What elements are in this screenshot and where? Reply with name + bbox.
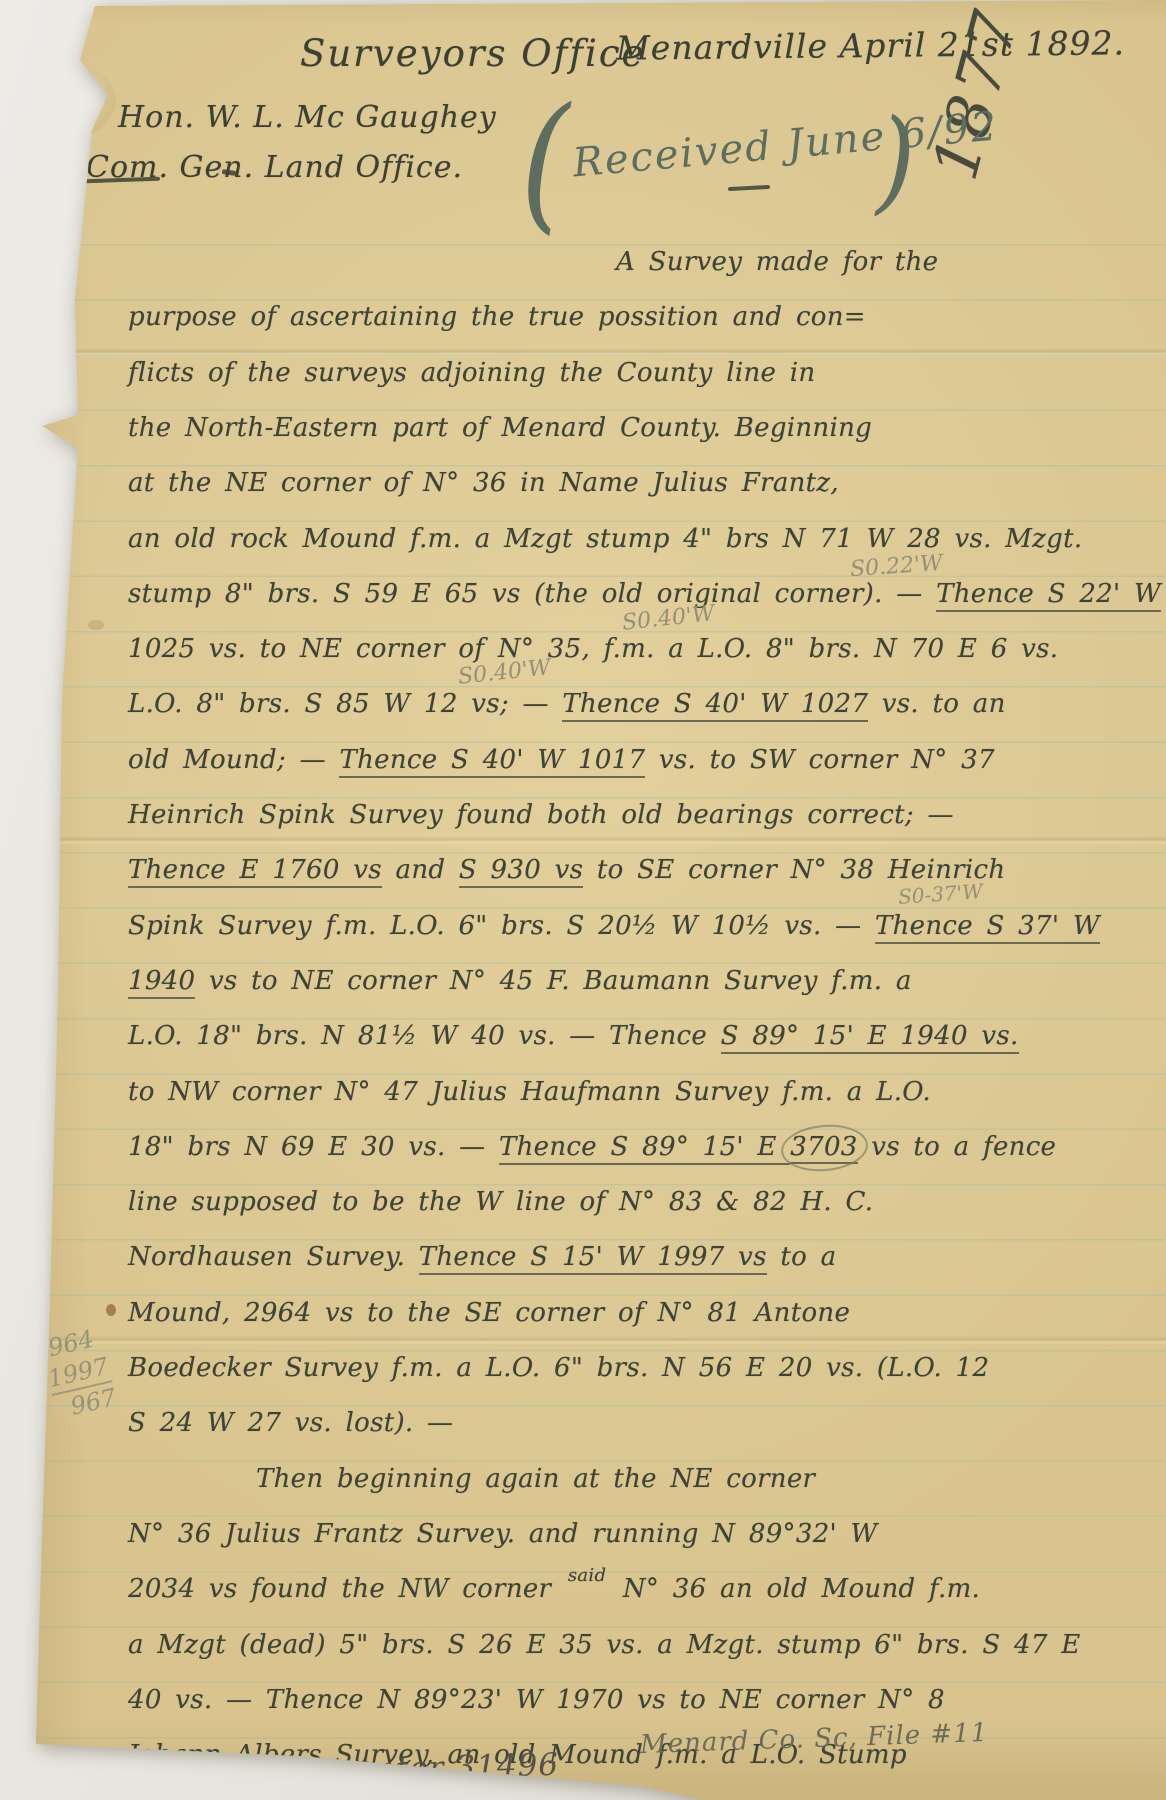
fold-crease [0, 1336, 1166, 1345]
paper-stain [106, 1304, 116, 1316]
line-segment: Heinrich Spink Survey found both old bea… [128, 800, 954, 830]
handwritten-line: 2034 vs found the NW corner said N° 36 a… [128, 1574, 980, 1604]
handwritten-line: Spink Survey f.m. L.O. 6" brs. S 20½ W 1… [128, 911, 1100, 941]
addressee-office: Com. Gen. Land Office. [86, 150, 463, 185]
handwritten-line: S 24 W 27 vs. lost). — [128, 1408, 453, 1438]
handwritten-line: N° 36 Julius Frantz Survey. and running … [128, 1519, 878, 1549]
stamp-paren-open-icon: ( [520, 76, 569, 248]
line-segment: L.O. 18" brs. N 81½ W 40 vs. — Thence [128, 1021, 721, 1051]
paper-stain [88, 620, 104, 630]
line-segment: purpose of ascertaining the true possiti… [128, 302, 866, 332]
line-segment: S 89° 15' E 1940 vs. [721, 1021, 1019, 1054]
line-segment: A Survey made for the [616, 247, 938, 277]
file-reference: Menard Co. Sc, File #11 [640, 1718, 989, 1760]
line-segment: line supposed to be the W line of N° 83 … [128, 1187, 873, 1217]
embossed-seal [42, 66, 116, 140]
line-segment: to NW corner N° 47 Julius Haufmann Surve… [128, 1077, 931, 1107]
line-segment: 40 vs. — Thence N 89°23' W 1970 vs to NE… [128, 1685, 945, 1715]
handwritten-line: Boedecker Survey f.m. a L.O. 6" brs. N 5… [128, 1353, 989, 1383]
handwritten-line: Mound, 2964 vs to the SE corner of N° 81… [128, 1298, 850, 1328]
line-segment: vs to NE corner N° 45 F. Baumann Survey … [195, 966, 911, 996]
handwritten-line: old Mound; — Thence S 40' W 1017 vs. to … [128, 745, 995, 775]
handwritten-line: stump 8" brs. S 59 E 65 vs (the old orig… [128, 579, 1161, 609]
line-segment: Nordhausen Survey. [128, 1242, 419, 1272]
line-segment: Thence S 89° 15' E [499, 1132, 790, 1165]
handwritten-line: at the NE corner of N° 36 in Name Julius… [128, 468, 839, 498]
line-segment: N° 36 an old Mound f.m. [609, 1574, 980, 1604]
handwritten-line: Heinrich Spink Survey found both old bea… [128, 800, 954, 830]
line-segment: said [568, 1565, 606, 1586]
line-segment: 2034 vs found the NW corner [128, 1574, 565, 1604]
handwritten-line: an old rock Mound f.m. a Mzgt stump 4" b… [128, 524, 1082, 554]
line-segment: 18" brs N 69 E 30 vs. — [128, 1132, 499, 1162]
line-segment: Mound, 2964 vs to the SE corner of N° 81… [128, 1298, 850, 1328]
scanned-letter-page: { "scan": { "header": { "office": "Surve… [0, 0, 1166, 1800]
line-segment: stump 8" brs. S 59 E 65 vs (the old orig… [128, 579, 936, 609]
stamp-paren-close-icon: ) [876, 96, 915, 226]
fold-crease [0, 348, 1166, 357]
handwritten-line: L.O. 18" brs. N 81½ W 40 vs. — Thence S … [128, 1021, 1019, 1051]
handwritten-line: line supposed to be the W line of N° 83 … [128, 1187, 873, 1217]
line-segment: Thence S 40' W 1017 [339, 745, 645, 778]
handwritten-line: to NW corner N° 47 Julius Haufmann Surve… [128, 1077, 931, 1107]
letter-paper: Surveyors Office Menardville April 21st … [0, 0, 1166, 1800]
handwritten-line: flicts of the surveys adjoining the Coun… [128, 358, 815, 388]
handwritten-line: Then beginning again at the NE corner [256, 1464, 815, 1494]
counter-number: counter 31496 [316, 1747, 560, 1789]
office-heading: Surveyors Office [300, 32, 645, 75]
handwritten-line: purpose of ascertaining the true possiti… [128, 302, 866, 332]
line-segment: and [382, 855, 459, 885]
line-segment: vs. to an [868, 689, 1005, 719]
line-segment: Spink Survey f.m. L.O. 6" brs. S 20½ W 1… [128, 911, 875, 941]
circled-distance: 3703 [790, 1132, 857, 1164]
handwritten-line: 1940 vs to NE corner N° 45 F. Baumann Su… [128, 966, 912, 996]
handwritten-line: the North-Eastern part of Menard County.… [128, 413, 872, 443]
line-segment: Thence E 1760 vs [128, 855, 382, 888]
line-segment: S 930 vs [459, 855, 583, 888]
line-segment: a Mzgt (dead) 5" brs. S 26 E 35 vs. a Mz… [128, 1630, 1081, 1660]
line-segment: at the NE corner of N° 36 in Name Julius… [128, 468, 839, 498]
line-segment: flicts of the surveys adjoining the Coun… [128, 358, 815, 388]
line-segment: 1940 [128, 966, 195, 999]
pencil-bearing-note: S0-37'W [897, 879, 983, 909]
line-segment: Thence S 22' W [936, 579, 1161, 612]
handwritten-line: A Survey made for the [616, 247, 938, 277]
margin-subtraction: 2964 1997 967 [17, 1322, 119, 1430]
line-segment: Thence S 37' W [875, 911, 1100, 944]
paper-shadow-wrap: Surveyors Office Menardville April 21st … [0, 0, 1166, 1800]
line-segment: L.O. 8" brs. S 85 W 12 vs; — [128, 689, 562, 719]
handwritten-line: L.O. 8" brs. S 85 W 12 vs; — Thence S 40… [128, 689, 1006, 719]
ink-smudge [728, 185, 770, 191]
handwritten-line: 1025 vs. to NE corner of N° 35, f.m. a L… [128, 634, 1058, 664]
addressee-name: Hon. W. L. Mc Gaughey [118, 100, 497, 135]
line-segment: the North-Eastern part of Menard County.… [128, 413, 872, 443]
handwritten-line: 40 vs. — Thence N 89°23' W 1970 vs to NE… [128, 1685, 945, 1715]
handwritten-line: Thence E 1760 vs and S 930 vs to SE corn… [128, 855, 1005, 885]
line-segment: Thence S 40' W 1027 [562, 689, 868, 722]
line-segment: Thence S 15' W 1997 vs [419, 1242, 767, 1275]
fold-crease [0, 836, 1166, 845]
place-date: Menardville April 21st 1892. [616, 23, 1125, 67]
line-segment: vs. to SW corner N° 37 [645, 745, 994, 775]
line-segment: 1025 vs. to NE corner of N° 35, f.m. a L… [128, 634, 1058, 664]
line-segment: Then beginning again at the NE corner [256, 1464, 815, 1494]
received-stamp: Received June 6/92 [571, 103, 1000, 186]
line-segment: Boedecker Survey f.m. a L.O. 6" brs. N 5… [128, 1353, 989, 1383]
pencil-bearing-note: S0.22'W [849, 551, 943, 582]
line-segment: S 24 W 27 vs. lost). — [128, 1408, 453, 1438]
line-segment: vs to a fence [858, 1132, 1057, 1162]
line-segment: N° 36 Julius Frantz Survey. and running … [128, 1519, 878, 1549]
handwritten-line: a Mzgt (dead) 5" brs. S 26 E 35 vs. a Mz… [128, 1630, 1081, 1660]
handwritten-line: Nordhausen Survey. Thence S 15' W 1997 v… [128, 1242, 836, 1272]
line-segment: old Mound; — [128, 745, 339, 775]
line-segment: an old rock Mound f.m. a Mzgt stump 4" b… [128, 524, 1082, 554]
line-segment: to a [767, 1242, 837, 1272]
handwritten-line: 18" brs N 69 E 30 vs. — Thence S 89° 15'… [128, 1132, 1056, 1162]
